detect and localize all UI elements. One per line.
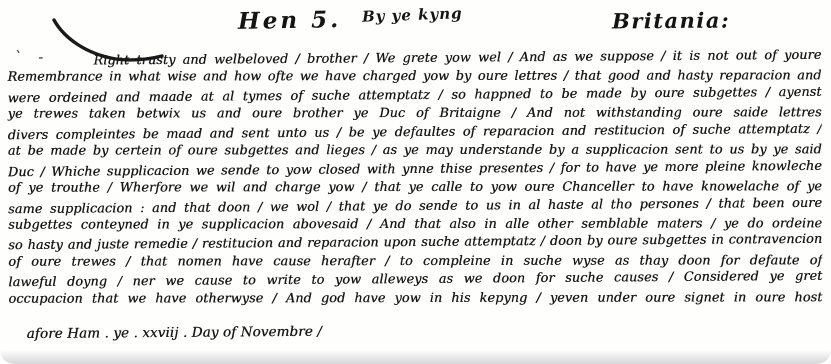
manuscript-page: Hen 5. By ye kyng Britania: ` - Right tr… <box>0 0 831 364</box>
letter-body: Right trusty and welbeloved / brother / … <box>7 48 822 342</box>
letter-dateline: afore Ham . ye . xxviij . Day of Novembr… <box>9 319 823 344</box>
docket-title: Hen 5. <box>238 6 342 35</box>
superscription-by-the-king: By ye kyng <box>362 4 463 26</box>
heading-britania: Britania: <box>612 7 730 33</box>
letter-line: occupacion that we have otherwyse / And … <box>8 289 822 309</box>
page-bottom-shadow <box>0 350 831 364</box>
